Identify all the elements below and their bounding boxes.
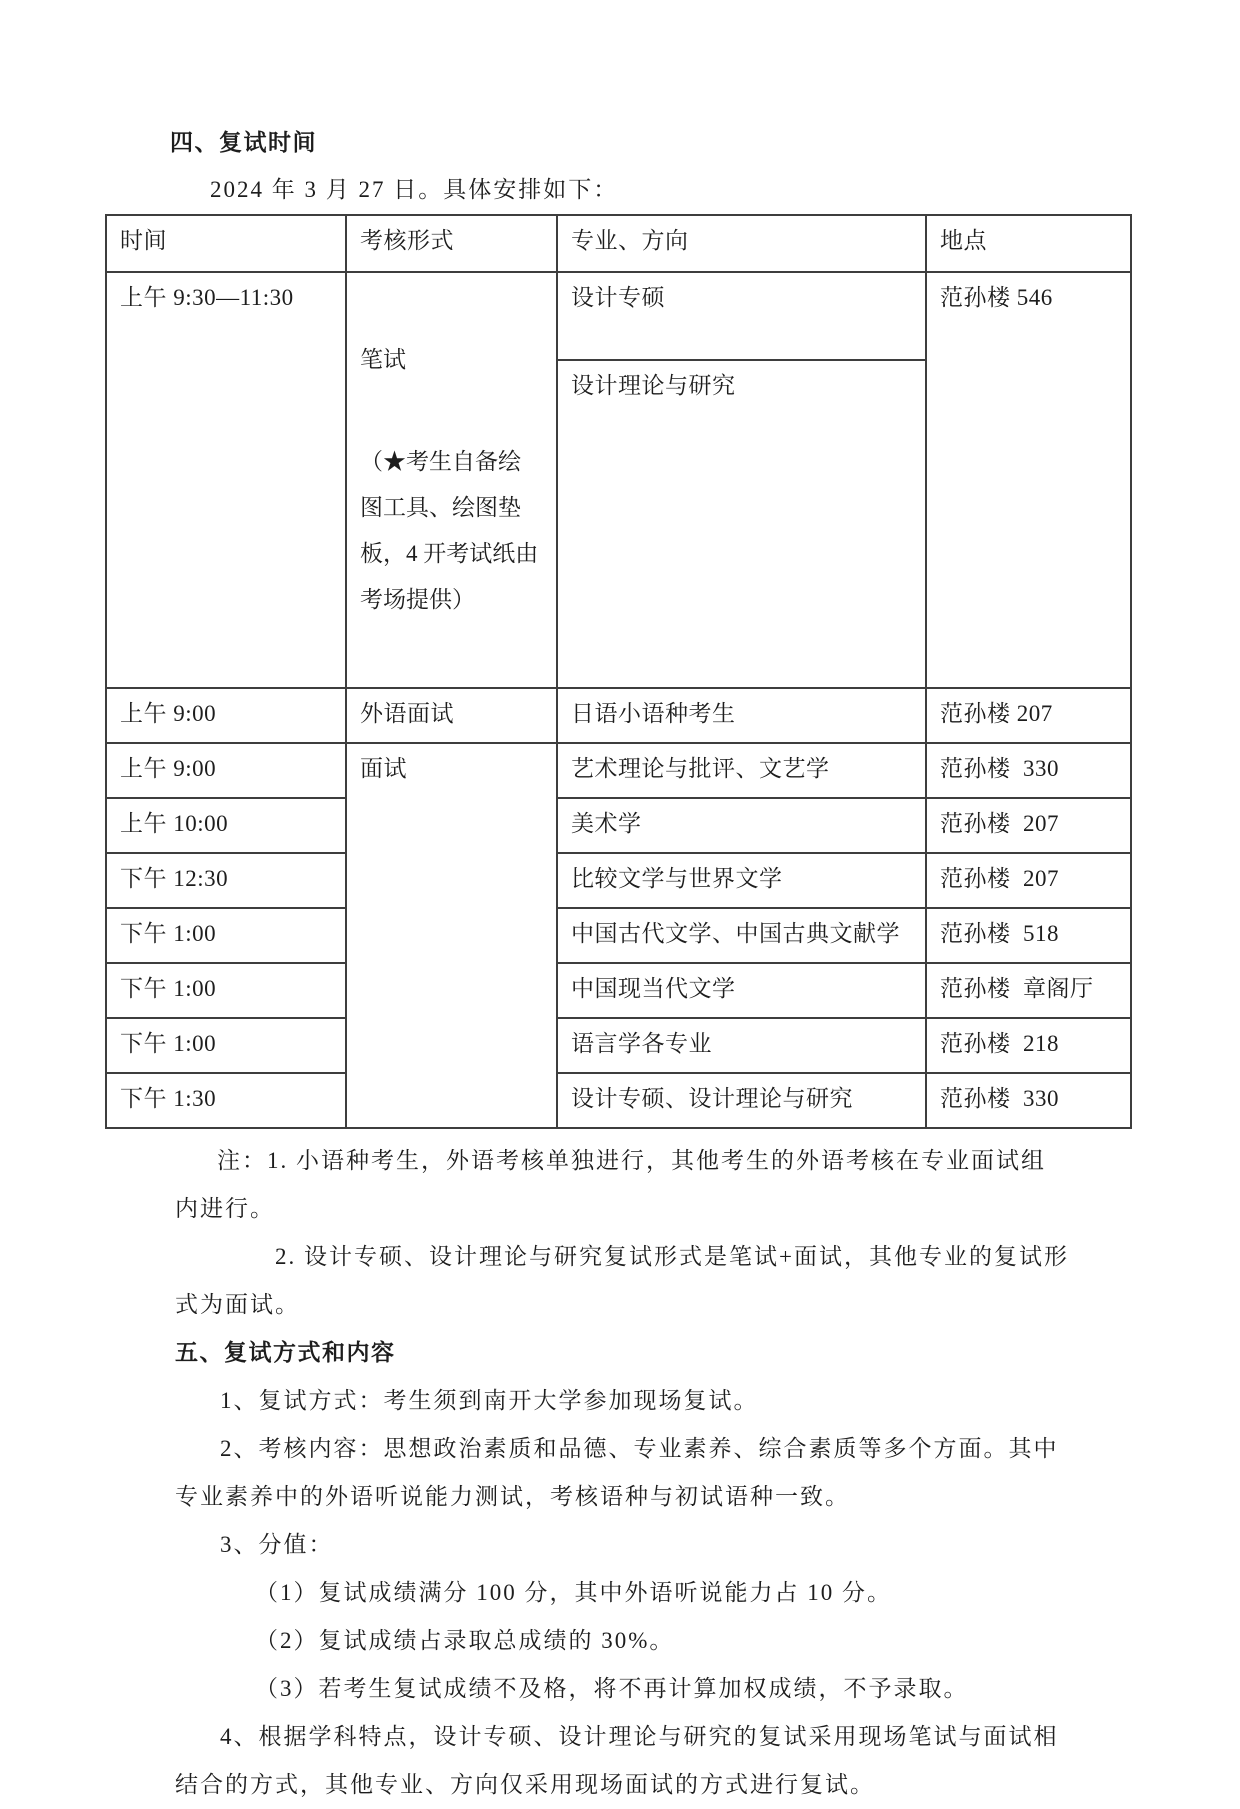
section-five-item-3: 3、分值： (175, 1521, 1135, 1569)
cell-major: 设计专硕 (557, 272, 926, 360)
document-page: 四、复试时间 2024 年 3 月 27 日。具体安排如下： 时间 考核形式 专… (0, 0, 1240, 1809)
cell-time: 下午 1:30 (106, 1073, 346, 1128)
table-header-row: 时间 考核形式 专业、方向 地点 (106, 215, 1131, 272)
table-row: 上午 10:00 美术学 范孙楼 207 (106, 798, 1131, 853)
cell-format: 笔试 （★考生自备绘图工具、绘图垫板，4 开考试纸由考场提供） (346, 272, 557, 688)
header-location: 地点 (926, 215, 1131, 272)
cell-major: 美术学 (557, 798, 926, 853)
note-2-line-2: 式为面试。 (175, 1281, 1135, 1329)
notes-and-section-five: 注：1. 小语种考生，外语考核单独进行，其他考生的外语考核在专业面试组 内进行。… (175, 1137, 1135, 1809)
cell-major: 比较文学与世界文学 (557, 853, 926, 908)
section-five-item-2-line-1: 2、考核内容：思想政治素质和品德、专业素养、综合素质等多个方面。其中 (175, 1425, 1135, 1473)
table-row: 下午 1:00 语言学各专业 范孙楼 218 (106, 1018, 1131, 1073)
table-row: 上午 9:30—11:30 笔试 （★考生自备绘图工具、绘图垫板，4 开考试纸由… (106, 272, 1131, 360)
cell-location: 范孙楼 518 (926, 908, 1131, 963)
section-five-heading: 五、复试方式和内容 (175, 1329, 1135, 1377)
cell-format: 面试 (346, 743, 557, 1128)
cell-major: 中国现当代文学 (557, 963, 926, 1018)
exam-schedule-table: 时间 考核形式 专业、方向 地点 上午 9:30—11:30 笔试 （★考生自备… (105, 214, 1132, 1129)
table-row: 上午 9:00 外语面试 日语小语种考生 范孙楼 207 (106, 688, 1131, 743)
cell-time: 下午 1:00 (106, 963, 346, 1018)
table-row: 上午 9:00 面试 艺术理论与批评、文艺学 范孙楼 330 (106, 743, 1131, 798)
section-five-item-2-line-2: 专业素养中的外语听说能力测试，考核语种与初试语种一致。 (175, 1473, 1135, 1521)
format-main: 笔试 (360, 337, 543, 383)
header-format: 考核形式 (346, 215, 557, 272)
cell-major: 语言学各专业 (557, 1018, 926, 1073)
cell-location: 范孙楼 207 (926, 798, 1131, 853)
note-1-line-2: 内进行。 (175, 1185, 1135, 1233)
section-four-heading: 四、复试时间 (170, 128, 1240, 158)
table-row: 下午 1:30 设计专硕、设计理论与研究 范孙楼 330 (106, 1073, 1131, 1128)
cell-major: 中国古代文学、中国古典文献学 (557, 908, 926, 963)
section-four-intro: 2024 年 3 月 27 日。具体安排如下： (210, 175, 1240, 205)
table-row: 下午 1:00 中国古代文学、中国古典文献学 范孙楼 518 (106, 908, 1131, 963)
cell-major: 设计理论与研究 (557, 360, 926, 688)
cell-time: 上午 10:00 (106, 798, 346, 853)
cell-time: 下午 1:00 (106, 1018, 346, 1073)
cell-major: 艺术理论与批评、文艺学 (557, 743, 926, 798)
cell-location: 范孙楼 330 (926, 1073, 1131, 1128)
section-five-item-3-sub-3: （3）若考生复试成绩不及格，将不再计算加权成绩，不予录取。 (175, 1665, 1135, 1713)
cell-format: 外语面试 (346, 688, 557, 743)
cell-location: 范孙楼 546 (926, 272, 1131, 688)
note-2-line-1: 2. 设计专硕、设计理论与研究复试形式是笔试+面试，其他专业的复试形 (175, 1233, 1135, 1281)
cell-location: 范孙楼 218 (926, 1018, 1131, 1073)
section-five-item-1: 1、复试方式：考生须到南开大学参加现场复试。 (175, 1377, 1135, 1425)
table-row: 下午 12:30 比较文学与世界文学 范孙楼 207 (106, 853, 1131, 908)
cell-location: 范孙楼 章阁厅 (926, 963, 1131, 1018)
cell-location: 范孙楼 207 (926, 688, 1131, 743)
section-five-item-3-sub-1: （1）复试成绩满分 100 分，其中外语听说能力占 10 分。 (175, 1569, 1135, 1617)
cell-location: 范孙楼 207 (926, 853, 1131, 908)
cell-time: 下午 1:00 (106, 908, 346, 963)
cell-location: 范孙楼 330 (926, 743, 1131, 798)
cell-time: 上午 9:00 (106, 743, 346, 798)
cell-major: 日语小语种考生 (557, 688, 926, 743)
format-note: （★考生自备绘图工具、绘图垫板，4 开考试纸由考场提供） (360, 439, 543, 623)
header-major: 专业、方向 (557, 215, 926, 272)
table-row: 下午 1:00 中国现当代文学 范孙楼 章阁厅 (106, 963, 1131, 1018)
header-time: 时间 (106, 215, 346, 272)
cell-major: 设计专硕、设计理论与研究 (557, 1073, 926, 1128)
section-five-item-4-line-2: 结合的方式，其他专业、方向仅采用现场面试的方式进行复试。 (175, 1761, 1135, 1809)
cell-time: 上午 9:30—11:30 (106, 272, 346, 688)
section-five-item-3-sub-2: （2）复试成绩占录取总成绩的 30%。 (175, 1617, 1135, 1665)
note-1-line-1: 注：1. 小语种考生，外语考核单独进行，其他考生的外语考核在专业面试组 (175, 1137, 1135, 1185)
cell-time: 上午 9:00 (106, 688, 346, 743)
cell-time: 下午 12:30 (106, 853, 346, 908)
